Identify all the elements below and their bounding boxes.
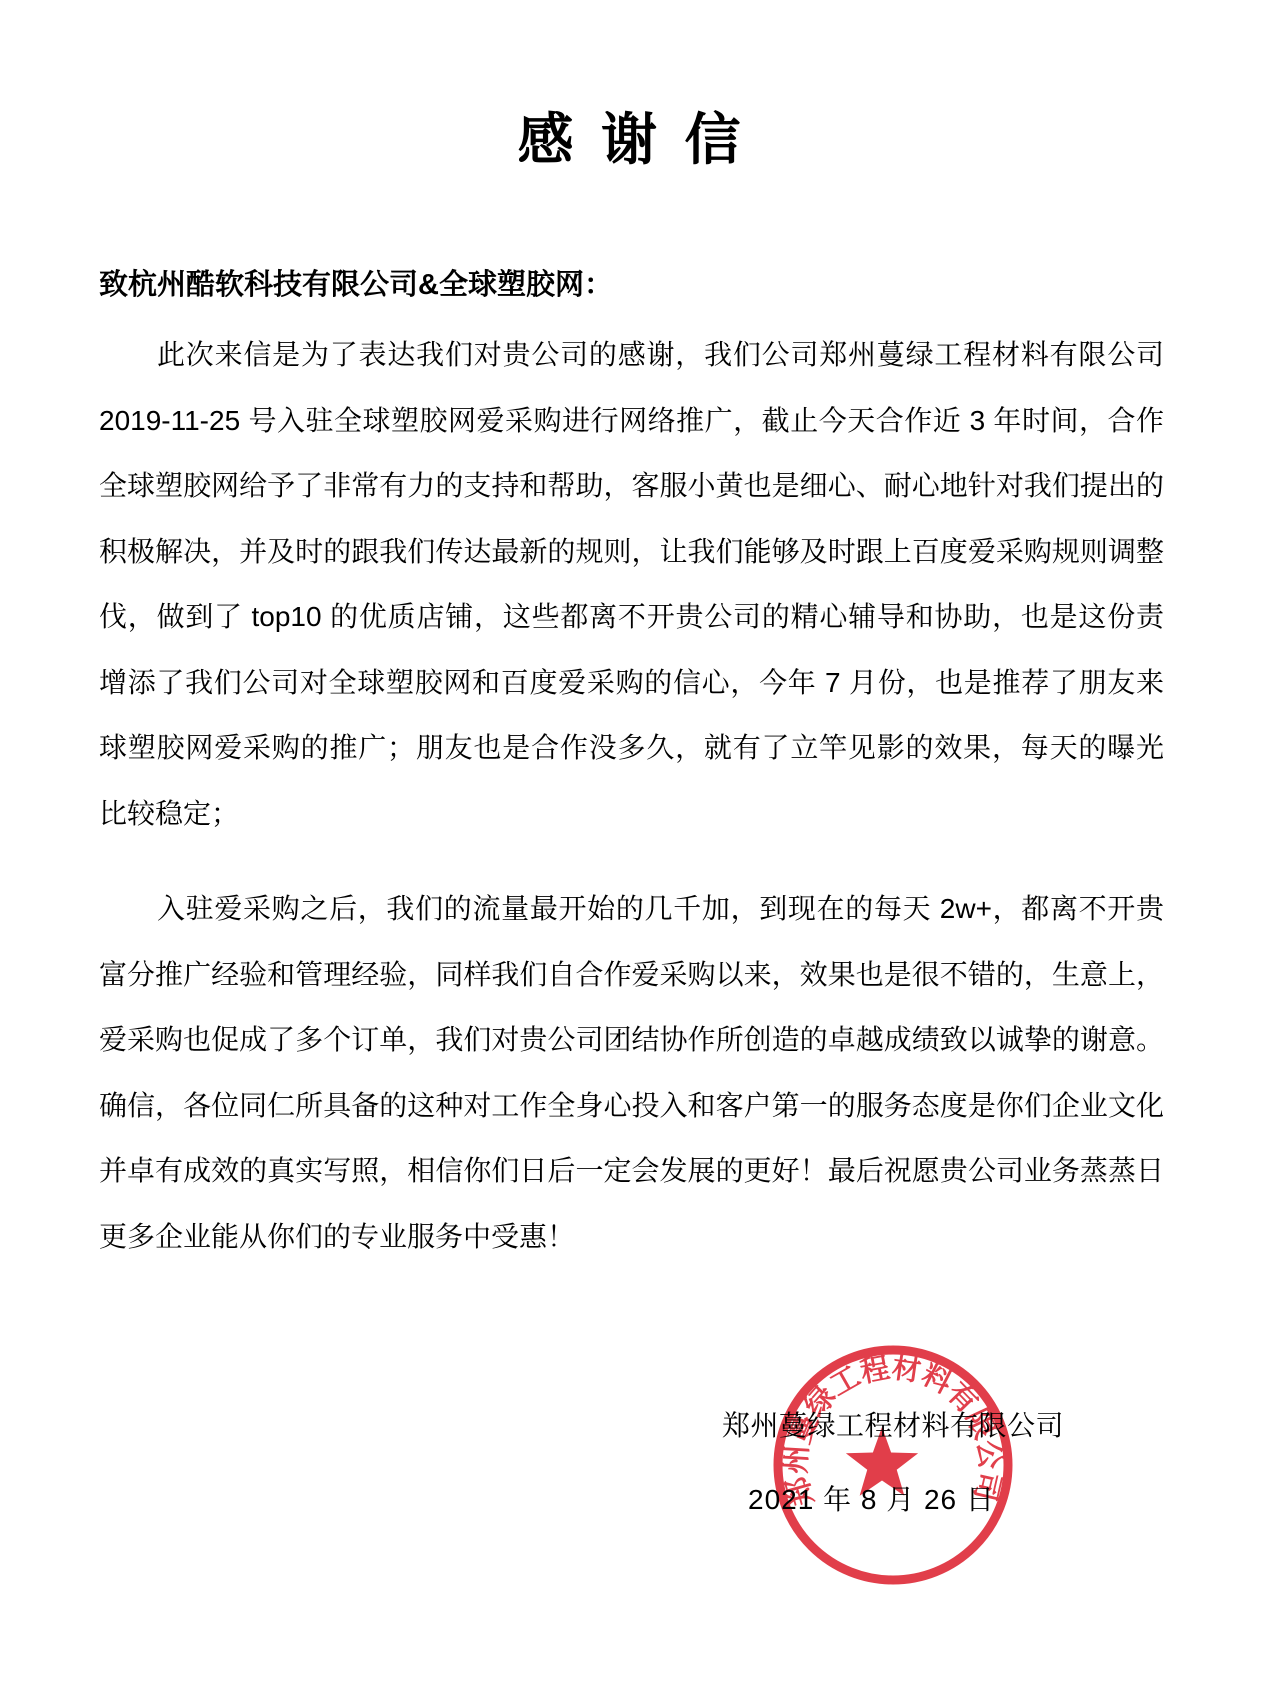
- paragraph-1: 此次来信是为了表达我们对贵公司的感谢，我们公司郑州蔓绿工程材料有限公司于 201…: [99, 322, 1164, 846]
- salutation: 致杭州酷软科技有限公司&全球塑胶网：: [99, 268, 1164, 302]
- body-line: 并卓有成效的真实写照，相信你们日后一定会发展的更好！最后祝愿贵公司业务蒸蒸日上，: [99, 1138, 1164, 1204]
- body-line: 2019-11-25 号入驻全球塑胶网爱采购进行网络推广，截止今天合作近 3 年…: [99, 388, 1164, 454]
- thank-you-letter-page: 感 谢 信 致杭州酷软科技有限公司&全球塑胶网： 此次来信是为了表达我们对贵公司…: [0, 0, 1264, 1701]
- body-line: 此次来信是为了表达我们对贵公司的感谢，我们公司郑州蔓绿工程材料有限公司于: [99, 322, 1164, 388]
- body-line: 爱采购也促成了多个订单，我们对贵公司团结协作所创造的卓越成绩致以诚挚的谢意。我们: [99, 1007, 1164, 1073]
- body-line: 伐，做到了 top10 的优质店铺，这些都离不开贵公司的精心辅导和协助，也是这份…: [99, 584, 1164, 650]
- paragraph-2: 入驻爱采购之后，我们的流量最开始的几千加，到现在的每天 2w+，都离不开贵公司丰…: [99, 876, 1164, 1269]
- body-line: 入驻爱采购之后，我们的流量最开始的几千加，到现在的每天 2w+，都离不开贵公司丰: [99, 876, 1164, 942]
- body-line: 球塑胶网爱采购的推广；朋友也是合作没多久，就有了立竿见影的效果，每天的曝光 2w…: [99, 715, 1164, 781]
- company-seal: 郑州蔓绿工程材料有限公司: [768, 1340, 1018, 1590]
- body-line: 全球塑胶网给予了非常有力的支持和帮助，客服小黄也是细心、耐心地针对我们提出的问题: [99, 453, 1164, 519]
- body-line: 积极解决，并及时的跟我们传达最新的规则，让我们能够及时跟上百度爱采购规则调整的步: [99, 519, 1164, 585]
- seal-ring-icon: [778, 1350, 1008, 1580]
- letter-title: 感 谢 信: [0, 96, 1264, 176]
- letter-body: 致杭州酷软科技有限公司&全球塑胶网： 此次来信是为了表达我们对贵公司的感谢，我们…: [99, 268, 1164, 1269]
- body-line: 确信，各位同仁所具备的这种对工作全身心投入和客户第一的服务态度是你们企业文化渗透: [99, 1073, 1164, 1139]
- signature-company: 郑州蔓绿工程材料有限公司: [722, 1404, 1064, 1444]
- body-line: 增添了我们公司对全球塑胶网和百度爱采购的信心，今年 7 月份，也是推荐了朋友来入…: [99, 650, 1164, 716]
- signature-date: 2021 年 8 月 26 日: [748, 1478, 995, 1518]
- body-line: 更多企业能从你们的专业服务中受惠！: [99, 1204, 1164, 1270]
- body-line: 富分推广经验和管理经验，同样我们自合作爱采购以来，效果也是很不错的，生意上，通过: [99, 942, 1164, 1008]
- body-line: 比较稳定；: [99, 781, 1164, 847]
